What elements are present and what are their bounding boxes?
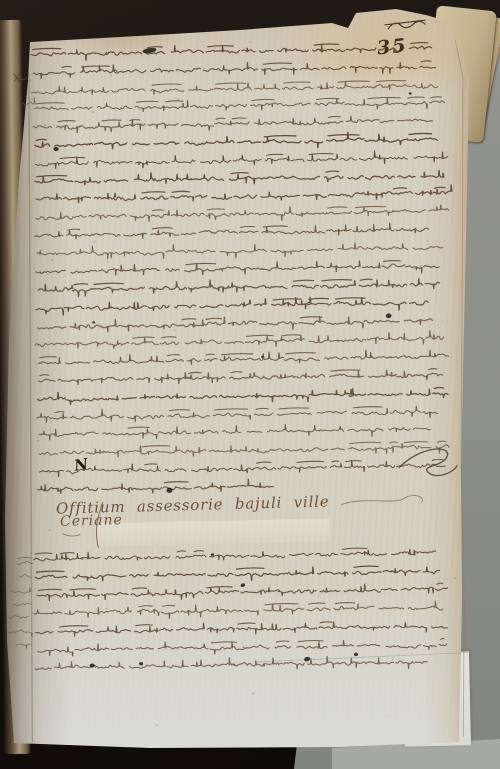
text-line [34,96,445,115]
marginal-note [16,644,32,649]
ink-blot [409,92,412,94]
text-line [37,403,438,424]
text-line [38,348,448,367]
text-line [35,149,448,170]
speck [203,67,205,69]
speck [252,692,254,694]
marginal-note [13,603,31,606]
text-line [38,637,447,657]
speck [316,356,317,357]
handwriting: N [0,20,473,744]
speck [156,544,157,545]
text-line [34,601,443,622]
text-line [39,441,449,460]
marginal-note [16,557,32,564]
handwriting-layer: N [0,0,500,769]
speck [38,115,39,116]
text-line [32,80,438,97]
text-line [36,204,449,225]
ink-blot [354,653,358,656]
speck [229,254,231,256]
text-line [36,184,452,205]
crease-line [254,653,470,662]
speck [392,658,394,660]
speck [326,272,327,273]
speck [49,529,51,531]
ink-blot [304,656,311,662]
heading-flourish [342,495,423,504]
text-line [36,295,429,316]
text-line [35,168,444,188]
text-line [38,314,433,334]
page-edge-line [452,41,473,737]
notary-flourish [399,449,457,476]
speck [442,321,443,322]
folio-scribble [385,20,425,29]
speck [161,186,162,187]
ink-blot [92,321,95,323]
speck [110,74,112,76]
speck [427,240,429,242]
text-line [35,330,444,350]
speck [387,715,388,716]
speck [235,102,236,103]
marginal-note [9,615,28,618]
speck [191,139,193,141]
ink-blot [240,583,246,588]
speck [44,124,46,126]
ink-blot [386,313,392,318]
text-line [39,458,445,477]
speck [114,441,115,442]
text-line [36,259,439,279]
speck [249,41,250,42]
folio-number: 35 [376,34,409,59]
text-line [38,368,442,386]
margin-cross-mark [14,74,20,82]
manuscript-photo: N 35 Offitium assessorie bajuli ville Ce… [0,0,500,769]
speck [70,196,71,197]
text-line [39,422,430,442]
speck [280,470,281,471]
speck [106,608,108,610]
text-line [38,478,274,495]
text-line [33,59,436,79]
marginal-note [19,574,31,577]
marginal-notes [0,73,44,648]
ink-blot [211,553,214,556]
ink-blot [166,488,172,493]
speck [76,197,77,198]
ink-blot [139,662,143,665]
text-line [33,114,433,133]
text-line [37,240,443,261]
text-line [37,386,448,406]
speck [92,111,94,113]
text-line [35,222,429,241]
speck [244,413,246,415]
speck [93,241,95,243]
heading-underline [63,534,80,537]
gutter-crease [22,73,39,741]
entry-block-1 [31,41,457,496]
text-line [35,619,447,638]
section-heading-line2: Ceriane [60,512,123,530]
text-line [31,41,432,62]
speck [37,439,40,442]
speck [124,295,125,296]
speck [51,259,53,261]
marginal-note [8,630,33,638]
marginal-note [11,587,31,593]
speck [156,724,158,726]
text-line [35,131,438,153]
text-line [34,546,436,563]
speck [174,329,176,331]
entry-block-2 [33,546,449,675]
text-line [35,565,440,585]
text-line [38,276,440,298]
speck [177,98,179,100]
speck [420,265,423,268]
ink-blot [53,147,58,151]
speck [454,577,456,579]
margin-letter-n: N [72,455,91,475]
